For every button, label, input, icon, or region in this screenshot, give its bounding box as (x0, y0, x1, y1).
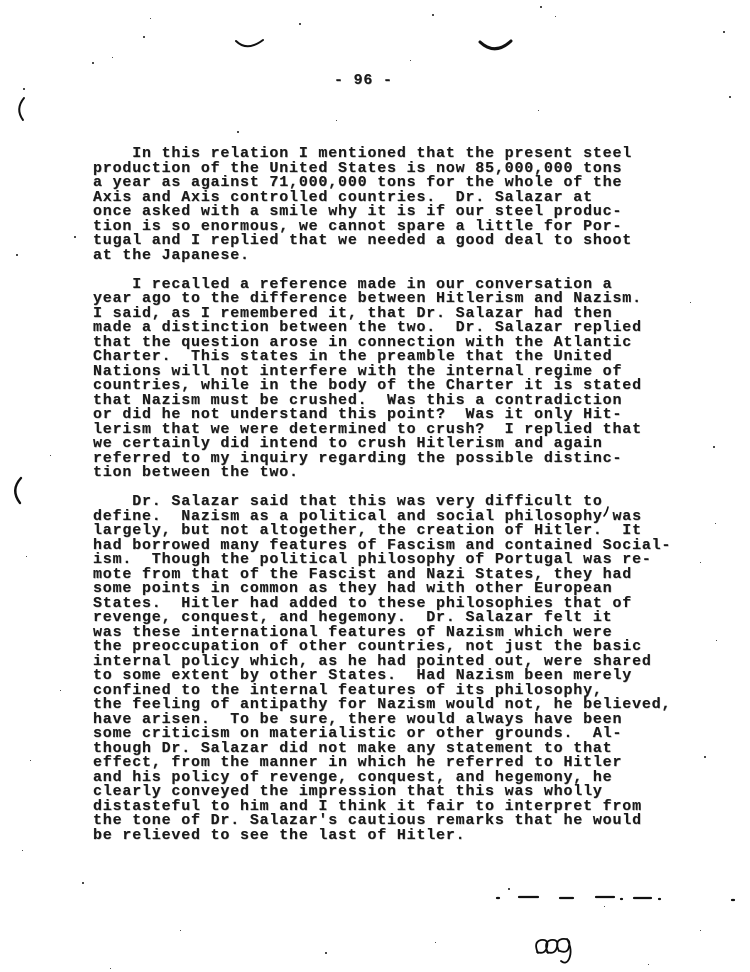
scan-noise-speck (690, 302, 691, 303)
scan-noise-speck (16, 254, 18, 256)
scan-noise-speck (715, 523, 716, 524)
scan-noise-speck (237, 131, 239, 133)
scan-noise-speck (508, 888, 510, 890)
scan-noise-speck (92, 62, 94, 64)
page-number: - 96 - (334, 72, 393, 89)
scan-noise-speck (60, 690, 61, 691)
scan-noise-speck (299, 23, 301, 25)
scan-noise-speck (325, 952, 327, 954)
scan-noise-speck (716, 640, 717, 641)
paragraph-steel-production: In this relation I mentioned that the pr… (93, 147, 693, 263)
scan-noise-speck (82, 882, 84, 884)
scan-noise-speck (410, 60, 411, 61)
scan-noise-speck (50, 455, 51, 456)
scan-noise-speck (604, 906, 605, 907)
document-text: In this relation I mentioned that the pr… (93, 147, 693, 858)
paragraph-salazar-definition: Dr. Salazar said that this was very diff… (93, 495, 693, 843)
paren-pen-mark-middle (8, 476, 26, 506)
handwritten-scribble (528, 932, 582, 970)
text-line: be relieved to see the last of Hitler. (93, 829, 693, 844)
paragraph-hitlerism-vs-nazism: I recalled a reference made in our conve… (93, 278, 693, 481)
pen-curve-mark-right (478, 37, 514, 55)
scan-noise-speck (143, 36, 145, 38)
dash-marks (490, 890, 746, 904)
scan-noise-speck (432, 14, 434, 16)
scan-noise-speck (180, 930, 181, 931)
scan-noise-speck (700, 562, 701, 563)
pen-curve-mark-left (234, 36, 266, 54)
scan-noise-speck (26, 556, 27, 557)
scan-noise-speck (336, 120, 337, 121)
scan-noise-speck (555, 16, 556, 17)
scan-noise-speck (648, 964, 649, 965)
scan-noise-speck (729, 96, 731, 98)
paren-pen-mark-upper (12, 96, 28, 122)
text-line: tion between the two. (93, 466, 693, 481)
scan-noise-speck (30, 760, 31, 761)
scan-noise-speck (110, 968, 111, 969)
text-line: at the Japanese. (93, 249, 693, 264)
scan-noise-speck (150, 18, 151, 19)
scanned-document-page: - 96 - In this relation I mentioned that… (0, 0, 750, 972)
scan-noise-speck (713, 446, 715, 448)
scan-noise-speck (540, 6, 542, 8)
scan-noise-speck (435, 942, 436, 943)
scan-noise-speck (704, 756, 706, 758)
scan-noise-speck (723, 31, 725, 33)
scan-noise-speck (74, 236, 76, 238)
scan-noise-speck (700, 930, 701, 931)
scan-noise-speck (112, 57, 113, 58)
scan-noise-speck (23, 88, 25, 90)
scan-noise-speck (22, 850, 23, 851)
scan-noise-speck (538, 110, 539, 111)
